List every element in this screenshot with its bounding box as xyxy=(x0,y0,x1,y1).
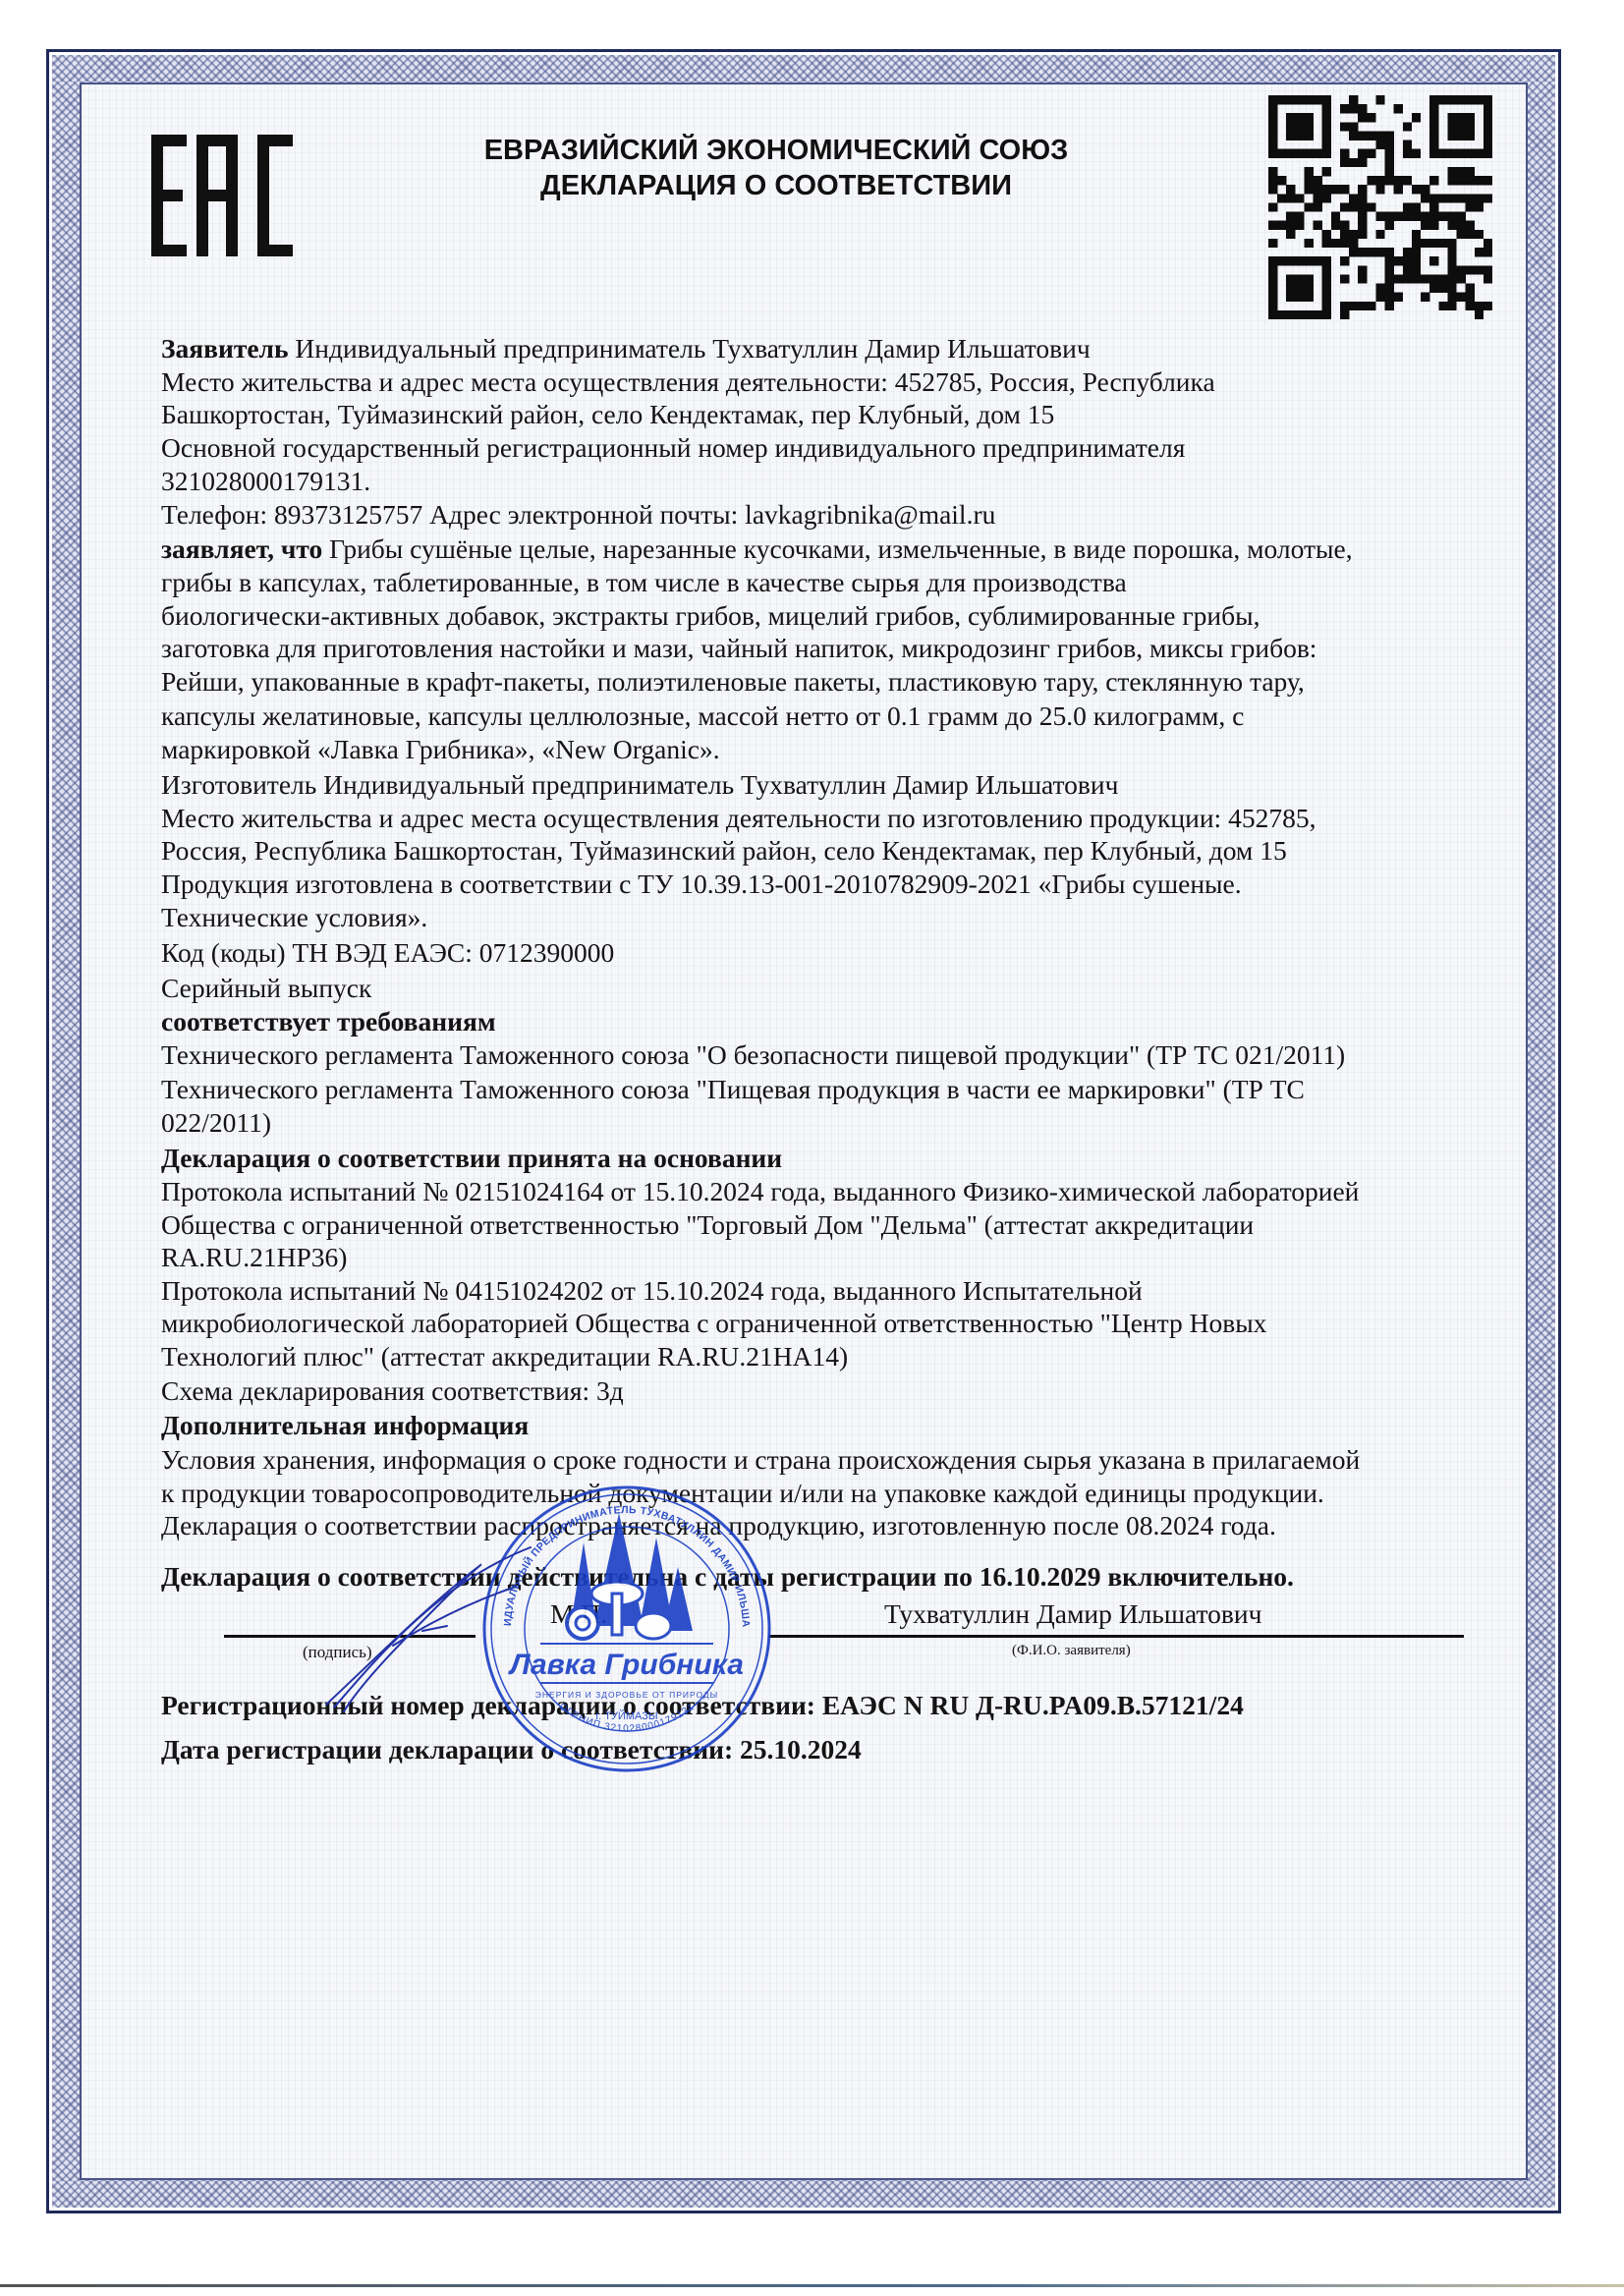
additional-heading: Дополнительная информация xyxy=(161,1409,529,1442)
product-description-line: Грибы сушёные целые, нарезанные кусочкам… xyxy=(329,533,1352,564)
qr-code-icon[interactable] xyxy=(1268,95,1492,319)
product-description-line: биологически-активных добавок, экстракты… xyxy=(161,599,1260,633)
test-protocol-line: RA.RU.21HP36) xyxy=(161,1241,347,1274)
document-union-title: ЕВРАЗИЙСКИЙ ЭКОНОМИЧЕСКИЙ СОЮЗ xyxy=(373,133,1179,168)
stamp-city: г. ТУЙМАЗЫ xyxy=(595,1709,657,1722)
applicant-address-2: Башкортостан, Туймазинский район, село К… xyxy=(161,398,1054,431)
applicant-line: Заявитель Индивидуальный предприниматель… xyxy=(161,332,1091,365)
regulation-line: Технического регламента Таможенного союз… xyxy=(161,1073,1305,1106)
name-caption: (Ф.И.О. заявителя) xyxy=(1012,1643,1131,1659)
test-protocol-line: Технологий плюс" (аттестат аккредитации … xyxy=(161,1340,848,1373)
handwritten-signature-icon xyxy=(275,1542,599,1719)
regulation-line: Технического регламента Таможенного союз… xyxy=(161,1038,1345,1072)
signer-name: Тухватуллин Дамир Ильшатович xyxy=(884,1597,1261,1631)
regulation-line: 022/2011) xyxy=(161,1106,271,1140)
applicant-contacts: Телефон: 89373125757 Адрес электронной п… xyxy=(161,498,995,532)
manufacturer-line: Изготовитель Индивидуальный предпринимат… xyxy=(161,768,1118,802)
product-description-line: маркировкой «Лавка Грибника», «New Organ… xyxy=(161,733,720,766)
ogrnip-value: 321028000179131. xyxy=(161,465,370,498)
declaration-scheme: Схема декларирования соответствия: 3д xyxy=(161,1374,624,1408)
scan-edge-line xyxy=(0,2284,1624,2287)
test-protocol-line: Протокола испытаний № 02151024164 от 15.… xyxy=(161,1175,1359,1208)
declares-label: заявляет, что xyxy=(161,533,322,564)
product-description-line: Рейши, упакованные в крафт-пакеты, полиэ… xyxy=(161,665,1305,699)
product-description-line: заготовка для приготовления настойки и м… xyxy=(161,632,1316,665)
test-protocol-line: Протокола испытаний № 04151024202 от 15.… xyxy=(161,1274,1143,1308)
name-line xyxy=(768,1635,1464,1638)
manufacturer-line: Технические условия». xyxy=(161,901,427,934)
basis-heading: Декларация о соответствии принята на осн… xyxy=(161,1142,782,1175)
test-protocol-line: Общества с ограниченной ответственностью… xyxy=(161,1208,1254,1242)
manufacturer-line: Россия, Республика Башкортостан, Туймази… xyxy=(161,834,1287,868)
hs-code: Код (коды) ТН ВЭД ЕАЭС: 0712390000 xyxy=(161,936,614,970)
test-protocol-line: микробиологической лабораторией Общества… xyxy=(161,1307,1266,1340)
additional-line: Условия хранения, информация о сроке год… xyxy=(161,1443,1360,1477)
eac-logo-icon xyxy=(151,135,293,256)
product-description-line: грибы в капсулах, таблетированные, в том… xyxy=(161,566,1127,599)
document-title: ДЕКЛАРАЦИЯ О СООТВЕТСТВИИ xyxy=(373,168,1179,203)
applicant-label: Заявитель xyxy=(161,333,289,364)
applicant-address-1: Место жительства и адрес места осуществл… xyxy=(161,365,1215,399)
requirements-heading: соответствует требованиям xyxy=(161,1005,496,1038)
serial-release: Серийный выпуск xyxy=(161,972,371,1005)
ogrnip-label: Основной государственный регистрационный… xyxy=(161,431,1185,465)
applicant-name: Индивидуальный предприниматель Тухватулл… xyxy=(295,333,1090,364)
manufacturer-line: Место жительства и адрес места осуществл… xyxy=(161,802,1316,835)
declares-line: заявляет, что Грибы сушёные целые, нарез… xyxy=(161,532,1353,566)
product-description-line: капсулы желатиновые, капсулы целлюлозные… xyxy=(161,700,1244,733)
manufacturer-line: Продукция изготовлена в соответствии с Т… xyxy=(161,868,1242,901)
